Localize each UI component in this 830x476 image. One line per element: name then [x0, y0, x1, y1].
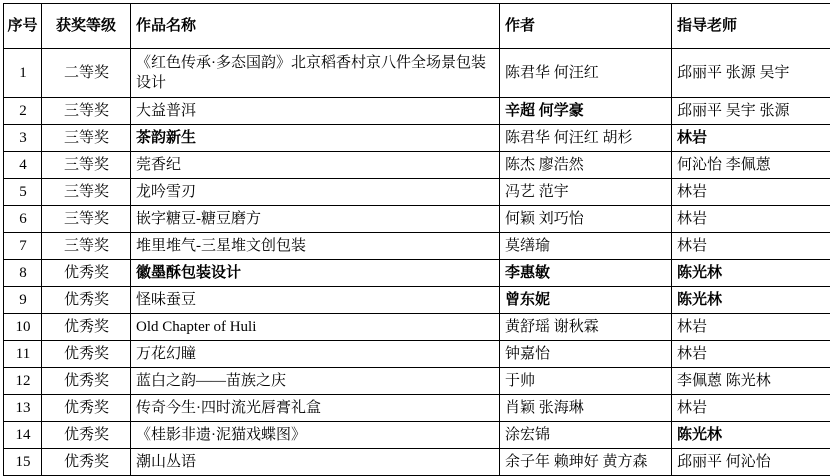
table-row: 5 三等奖 龙吟雪刃 冯艺 范宇 林岩	[4, 179, 830, 206]
col-header-award-level: 获奖等级	[42, 4, 131, 49]
work-title-cell: Old Chapter of Huli	[131, 314, 500, 341]
table-row: 13 优秀奖 传奇今生·四时流光唇膏礼盒 肖颖 张海琳 林岩	[4, 395, 830, 422]
authors-cell: 于帅	[500, 368, 672, 395]
row-number-cell: 7	[4, 233, 42, 260]
award-level-cell: 三等奖	[42, 206, 131, 233]
authors-cell: 李惠敏	[500, 260, 672, 287]
work-title-cell: 万花幻瞳	[131, 341, 500, 368]
row-number-cell: 1	[4, 49, 42, 98]
authors-cell: 钟嘉怡	[500, 341, 672, 368]
award-level-cell: 三等奖	[42, 179, 131, 206]
award-level-cell: 优秀奖	[42, 395, 131, 422]
authors-cell: 曾东妮	[500, 287, 672, 314]
authors-cell: 冯艺 范宇	[500, 179, 672, 206]
advisors-cell: 邱丽平 何沁怡	[672, 449, 830, 476]
row-number-cell: 13	[4, 395, 42, 422]
authors-cell: 黄舒瑶 谢秋霖	[500, 314, 672, 341]
advisors-cell: 林岩	[672, 125, 830, 152]
row-number-cell: 4	[4, 152, 42, 179]
work-title-cell: 龙吟雪刃	[131, 179, 500, 206]
authors-cell: 辛超 何学豪	[500, 98, 672, 125]
award-level-cell: 三等奖	[42, 125, 131, 152]
authors-cell: 陈杰 廖浩然	[500, 152, 672, 179]
table-row: 14 优秀奖 《桂影非遗·泥猫戏蝶图》 涂宏锦 陈光林	[4, 422, 830, 449]
advisors-cell: 邱丽平 张源 吴宇	[672, 49, 830, 98]
authors-cell: 何颖 刘巧怡	[500, 206, 672, 233]
col-header-number: 序号	[4, 4, 42, 49]
award-level-cell: 三等奖	[42, 233, 131, 260]
authors-cell: 陈君华 何汪红 胡杉	[500, 125, 672, 152]
work-title-cell: 茶韵新生	[131, 125, 500, 152]
work-title-cell: 堆里堆气-三星堆文创包装	[131, 233, 500, 260]
table-row: 3 三等奖 茶韵新生 陈君华 何汪红 胡杉 林岩	[4, 125, 830, 152]
advisors-cell: 陈光林	[672, 422, 830, 449]
work-title-cell: 潮山丛语	[131, 449, 500, 476]
table-row: 7 三等奖 堆里堆气-三星堆文创包装 莫缮瑜 林岩	[4, 233, 830, 260]
work-title-cell: 嵌字糖豆-糖豆磨方	[131, 206, 500, 233]
advisors-cell: 林岩	[672, 206, 830, 233]
advisors-cell: 陈光林	[672, 260, 830, 287]
table-body: 1 二等奖 《红色传承·多态国韵》北京稻香村京八件全场景包装设计 陈君华 何汪红…	[4, 49, 830, 476]
award-level-cell: 优秀奖	[42, 260, 131, 287]
row-number-cell: 2	[4, 98, 42, 125]
advisors-cell: 林岩	[672, 341, 830, 368]
award-level-cell: 优秀奖	[42, 341, 131, 368]
table-row: 15 优秀奖 潮山丛语 余子年 赖珅好 黄方森 邱丽平 何沁怡	[4, 449, 830, 476]
work-title-cell: 大益普洱	[131, 98, 500, 125]
authors-cell: 陈君华 何汪红	[500, 49, 672, 98]
advisors-cell: 何沁怡 李佩蒽	[672, 152, 830, 179]
authors-cell: 涂宏锦	[500, 422, 672, 449]
work-title-cell: 徽墨酥包装设计	[131, 260, 500, 287]
row-number-cell: 11	[4, 341, 42, 368]
work-title-cell: 《红色传承·多态国韵》北京稻香村京八件全场景包装设计	[131, 49, 500, 98]
advisors-cell: 邱丽平 吴宇 张源	[672, 98, 830, 125]
authors-cell: 余子年 赖珅好 黄方森	[500, 449, 672, 476]
document-page: { "page": { "background_color": "#ffffff…	[0, 0, 830, 476]
row-number-cell: 10	[4, 314, 42, 341]
authors-cell: 肖颖 张海琳	[500, 395, 672, 422]
table-row: 10 优秀奖 Old Chapter of Huli 黄舒瑶 谢秋霖 林岩	[4, 314, 830, 341]
table-row: 6 三等奖 嵌字糖豆-糖豆磨方 何颖 刘巧怡 林岩	[4, 206, 830, 233]
col-header-authors: 作者	[500, 4, 672, 49]
work-title-cell: 蓝白之韵——苗族之庆	[131, 368, 500, 395]
col-header-work-title: 作品名称	[131, 4, 500, 49]
work-title-cell: 怪味蚕豆	[131, 287, 500, 314]
award-level-cell: 三等奖	[42, 98, 131, 125]
row-number-cell: 3	[4, 125, 42, 152]
award-table: 序号 获奖等级 作品名称 作者 指导老师 1 二等奖 《红色传承·多态国韵》北京…	[3, 3, 830, 476]
col-header-advisors: 指导老师	[672, 4, 830, 49]
table-row: 2 三等奖 大益普洱 辛超 何学豪 邱丽平 吴宇 张源	[4, 98, 830, 125]
advisors-cell: 陈光林	[672, 287, 830, 314]
award-level-cell: 三等奖	[42, 152, 131, 179]
table-header: 序号 获奖等级 作品名称 作者 指导老师	[4, 4, 830, 49]
award-level-cell: 优秀奖	[42, 368, 131, 395]
table-row: 4 三等奖 莞香纪 陈杰 廖浩然 何沁怡 李佩蒽	[4, 152, 830, 179]
row-number-cell: 12	[4, 368, 42, 395]
award-list-sheet: 序号 获奖等级 作品名称 作者 指导老师 1 二等奖 《红色传承·多态国韵》北京…	[3, 3, 830, 476]
row-number-cell: 9	[4, 287, 42, 314]
header-row: 序号 获奖等级 作品名称 作者 指导老师	[4, 4, 830, 49]
table-row: 1 二等奖 《红色传承·多态国韵》北京稻香村京八件全场景包装设计 陈君华 何汪红…	[4, 49, 830, 98]
award-level-cell: 优秀奖	[42, 287, 131, 314]
table-row: 11 优秀奖 万花幻瞳 钟嘉怡 林岩	[4, 341, 830, 368]
row-number-cell: 15	[4, 449, 42, 476]
table-row: 9 优秀奖 怪味蚕豆 曾东妮 陈光林	[4, 287, 830, 314]
row-number-cell: 6	[4, 206, 42, 233]
advisors-cell: 林岩	[672, 179, 830, 206]
row-number-cell: 14	[4, 422, 42, 449]
table-row: 12 优秀奖 蓝白之韵——苗族之庆 于帅 李佩蒽 陈光林	[4, 368, 830, 395]
award-level-cell: 优秀奖	[42, 422, 131, 449]
advisors-cell: 林岩	[672, 314, 830, 341]
row-number-cell: 5	[4, 179, 42, 206]
advisors-cell: 林岩	[672, 233, 830, 260]
table-row: 8 优秀奖 徽墨酥包装设计 李惠敏 陈光林	[4, 260, 830, 287]
work-title-cell: 莞香纪	[131, 152, 500, 179]
work-title-cell: 传奇今生·四时流光唇膏礼盒	[131, 395, 500, 422]
advisors-cell: 李佩蒽 陈光林	[672, 368, 830, 395]
advisors-cell: 林岩	[672, 395, 830, 422]
row-number-cell: 8	[4, 260, 42, 287]
award-level-cell: 二等奖	[42, 49, 131, 98]
award-level-cell: 优秀奖	[42, 449, 131, 476]
authors-cell: 莫缮瑜	[500, 233, 672, 260]
award-level-cell: 优秀奖	[42, 314, 131, 341]
work-title-cell: 《桂影非遗·泥猫戏蝶图》	[131, 422, 500, 449]
